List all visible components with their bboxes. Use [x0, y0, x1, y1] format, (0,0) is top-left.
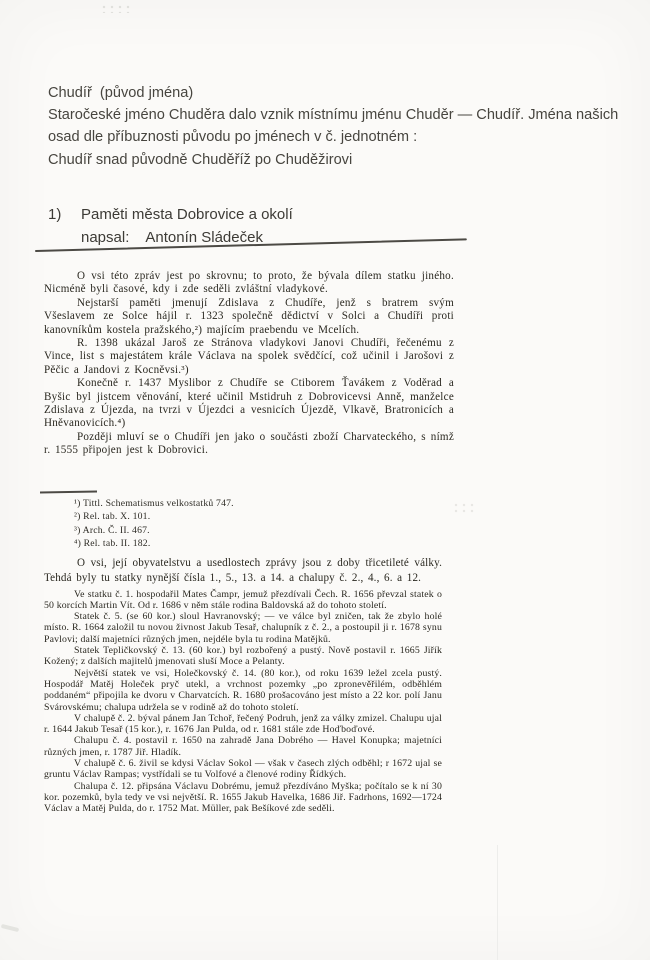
footnote-rule: [40, 491, 97, 494]
section-heading-title-row: 1) Paměti města Dobrovice a okolí: [48, 203, 293, 226]
paragraph: R. 1398 ukázal Jaroš ze Stránova vladyko…: [44, 337, 454, 377]
byline-label: napsal:: [81, 226, 129, 249]
paragraph: V chalupě č. 6. živil se kdysi Václav So…: [44, 758, 442, 781]
paragraph: Nejstarší paměti jmenují Zdislava z Chud…: [44, 297, 454, 337]
footnote: ²) Rel. tab. X. 101.: [74, 510, 404, 523]
header-note-line: osad dle příbuznosti původu po jménech v…: [48, 126, 618, 148]
footnote: ¹) Tittl. Schematismus velkostatků 747.: [74, 497, 404, 510]
paragraph: Chalupa č. 12. připsána Václavu Dobrému,…: [44, 781, 442, 815]
paper-crease: [497, 845, 498, 960]
paragraph: Ve statku č. 1. hospodařil Mates Čampr, …: [44, 589, 442, 612]
header-note-line: Staročeské jméno Chuděra dalo vznik míst…: [48, 104, 618, 126]
scan-smudge: [452, 502, 478, 515]
section-title: Paměti města Dobrovice a okolí: [81, 203, 293, 226]
paragraph: Chalupu č. 4. postavil r. 1650 na zahrad…: [44, 735, 442, 758]
header-note-line: Chudíř snad původně Chuděříž po Chuděžir…: [48, 149, 618, 171]
section-heading: 1) Paměti města Dobrovice a okolí napsal…: [48, 203, 293, 249]
header-note-line: Chudíř (původ jména): [48, 82, 618, 104]
header-note: Chudíř (původ jména) Staročeské jméno Ch…: [48, 82, 618, 171]
paragraph: O vsi této zpráv jest po skrovnu; to pro…: [44, 270, 454, 297]
scan-corner-mark: [1, 924, 19, 932]
article-part1: O vsi této zpráv jest po skrovnu; to pro…: [44, 270, 454, 458]
footnote: ⁴) Rel. tab. II. 182.: [74, 537, 404, 550]
paragraph: V chalupě č. 2. býval pánem Jan Tchoř, ř…: [44, 713, 442, 736]
section-number: 1): [48, 203, 81, 226]
footnote: ³) Arch. Č. II. 467.: [74, 524, 404, 537]
paragraph: O vsi, její obyvatelstvu a usedlostech z…: [44, 556, 442, 586]
footnotes: ¹) Tittl. Schematismus velkostatků 747. …: [74, 497, 404, 550]
scanned-document-page: Chudíř (původ jména) Staročeské jméno Ch…: [0, 0, 650, 960]
paragraph: Statek Tepličkovský č. 13. (60 kor.) byl…: [44, 645, 442, 668]
paragraph: Konečně r. 1437 Myslibor z Chudíře se Ct…: [44, 377, 454, 431]
scan-smudge: [100, 4, 134, 13]
paragraph: Statek č. 5. (se 60 kor.) sloul Havranov…: [44, 611, 442, 645]
paragraph: Největší statek ve vsi, Holečkovský č. 1…: [44, 668, 442, 713]
paragraph: Později mluví se o Chudíři jen jako o so…: [44, 431, 454, 458]
article-part2: O vsi, její obyvatelstvu a usedlostech z…: [44, 556, 442, 815]
